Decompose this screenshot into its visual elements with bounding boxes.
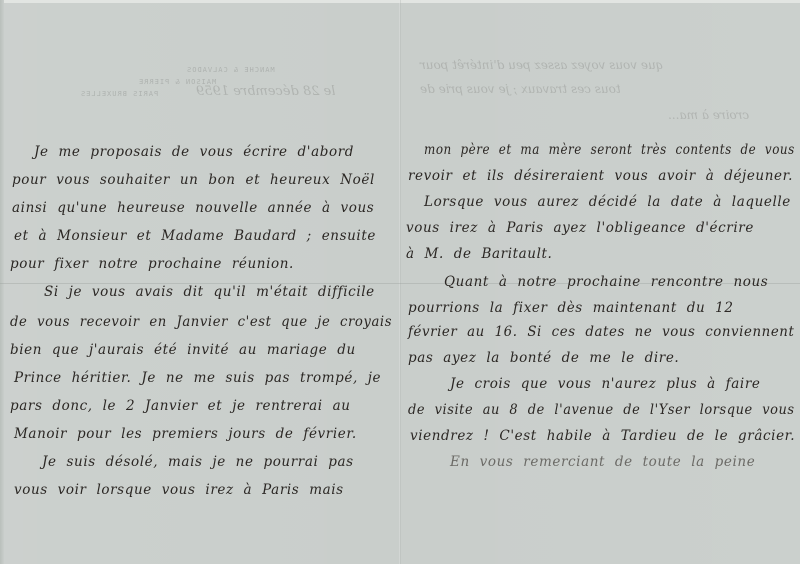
letterhead-bleed-3: PARIS BRUXELLES (80, 90, 158, 98)
left-line-5: pour fixer notre prochaine réunion. (10, 256, 294, 272)
right-line-13: En vous remerciant de toute la peine (450, 454, 755, 470)
date-bleed: le 28 décembre 1959 (196, 84, 335, 99)
vertical-fold-line (399, 0, 401, 564)
left-line-10: pars donc, le 2 Janvier et je rentrerai … (10, 398, 351, 414)
right-line-12: viendrez ! C'est habile à Tardieu de le … (410, 428, 795, 444)
right-line-8: février au 16. Si ces dates ne vous conv… (408, 324, 794, 340)
left-line-8: bien que j'aurais été invité au mariage … (10, 342, 356, 358)
paper-left-edge (0, 0, 4, 564)
right-line-5: à M. de Baritault. (406, 246, 552, 262)
left-line-4: et à Monsieur et Madame Baudard ; ensuit… (14, 228, 376, 244)
letterhead-bleed-1: MANCHE & CALVADOS (186, 66, 275, 74)
right-line-6: Quant à notre prochaine rencontre nous (444, 274, 768, 290)
left-line-7: de vous recevoir en Janvier c'est que je… (10, 314, 392, 330)
right-line-4: vous irez à Paris ayez l'obligeance d'éc… (406, 220, 754, 236)
right-bleed-3: croire à ma... (668, 108, 749, 122)
right-line-9: pas ayez la bonté de me le dire. (408, 350, 679, 366)
right-line-11: de visite au 8 de l'avenue de l'Yser lor… (408, 402, 795, 418)
right-bleed-2: tous ces travaux ; je vous prie de (420, 82, 621, 96)
left-line-6: Si je vous avais dit qu'il m'était diffi… (44, 284, 375, 300)
right-bleed-1: que vous voyez assez peu d'intérêt pour (420, 58, 663, 72)
left-line-3: ainsi qu'une heureuse nouvelle année à v… (12, 200, 374, 216)
left-line-13: vous voir lorsque vous irez à Paris mais (14, 482, 344, 498)
left-line-2: pour vous souhaiter un bon et heureux No… (12, 172, 375, 188)
left-line-9: Prince héritier. Je ne me suis pas tromp… (14, 370, 381, 386)
right-line-1: mon père et ma mère seront très contents… (424, 142, 795, 158)
right-line-7: pourrions la fixer dès maintenant du 12 (408, 300, 734, 316)
left-line-11: Manoir pour les premiers jours de févrie… (14, 426, 357, 442)
right-line-10: Je crois que vous n'aurez plus à faire (450, 376, 760, 392)
left-line-1: Je me proposais de vous écrire d'abord (34, 144, 354, 160)
right-line-3: Lorsque vous aurez décidé la date à laqu… (424, 194, 791, 210)
right-line-2: revoir et ils désireraient vous avoir à … (408, 168, 793, 184)
left-line-12: Je suis désolé, mais je ne pourrai pas (42, 454, 354, 470)
